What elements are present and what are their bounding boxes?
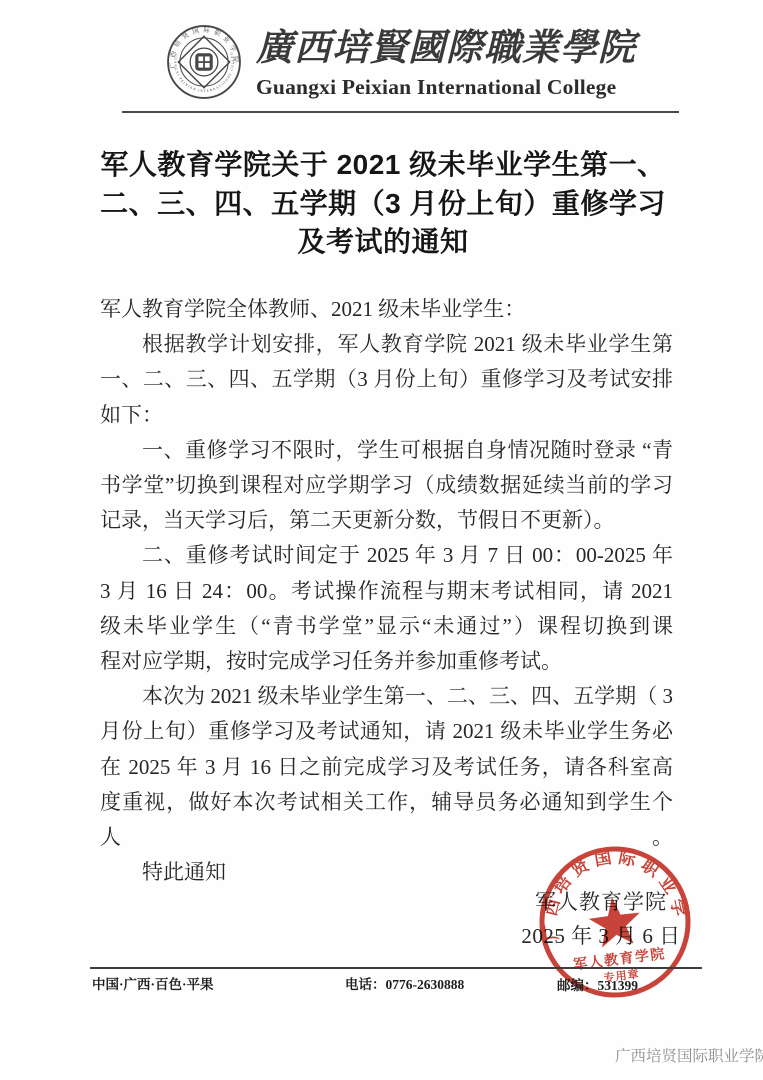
notice-title: 军人教育学院关于 2021 级未毕业学生第一、 二、三、四、五学期（3 月份上旬… xyxy=(70,146,696,262)
college-name-block: 廣西培賢國際職業學院 Guangxi Peixian International… xyxy=(256,24,656,100)
seal-star-icon xyxy=(586,894,643,949)
college-name-en: Guangxi Peixian International College xyxy=(256,75,656,100)
notice-body: 军人教育学院全体教师、2021 级未毕业学生： 根据教学计划安排，军人教育学院 … xyxy=(100,292,673,890)
body-line: 程对应学期，按时完成学习任务并参加重修考试。 xyxy=(100,644,673,679)
notice-title-line: 军人教育学院关于 2021 级未毕业学生第一、 xyxy=(70,146,696,185)
page-watermark: 广西培贤国际职业学院 xyxy=(615,1044,763,1066)
scanned-notice-page: 广西培贤国际职业学院 GUANGXI PEIXIAN INTERNATIONAL… xyxy=(0,0,763,1080)
notice-title-line: 二、三、四、五学期（3 月份上旬）重修学习 xyxy=(70,185,696,224)
body-line: 根据教学计划安排，军人教育学院 2021 级未毕业学生第 xyxy=(100,327,673,362)
footer-divider xyxy=(90,967,702,969)
notice-title-line: 及考试的通知 xyxy=(70,223,696,262)
seal-org-text: 军人教育学院 xyxy=(572,945,666,973)
body-line: 月份上旬）重修学习及考试通知，请 2021 级未毕业学生务必 xyxy=(100,714,673,749)
body-line: 一、二、三、四、五学期（3 月份上旬）重修学习及考试安排 xyxy=(100,362,673,397)
header-divider xyxy=(122,111,679,113)
salutation-line: 军人教育学院全体教师、2021 级未毕业学生： xyxy=(100,292,673,327)
college-logo-icon: 广西培贤国际职业学院 GUANGXI PEIXIAN INTERNATIONAL… xyxy=(166,24,242,100)
body-line: 级未毕业学生（“青书学堂”显示“未通过”）课程切换到课 xyxy=(100,609,673,644)
body-line: 在 2025 年 3 月 16 日之前完成学习及考试任务，请各科室高 xyxy=(100,750,673,785)
body-line: 3 月 16 日 24：00。考试操作流程与期末考试相同，请 2021 xyxy=(100,574,673,609)
footer-postcode: 邮编：531399 xyxy=(557,974,638,994)
body-line: 如下： xyxy=(100,398,673,433)
body-line: 二、重修考试时间定于 2025 年 3 月 7 日 00：00-2025 年 xyxy=(100,538,673,573)
body-line: 一、重修学习不限时，学生可根据自身情况随时登录 “青 xyxy=(100,433,673,468)
body-line: 书学堂”切换到课程对应学期学习（成绩数据延续当前的学习 xyxy=(100,468,673,503)
footer-address: 中国·广西·百色·平果 xyxy=(92,973,214,993)
college-name-zh: 廣西培賢國際職業學院 xyxy=(256,24,656,74)
body-line: 本次为 2021 级未毕业学生第一、二、三、四、五学期（ 3 xyxy=(100,679,673,714)
footer-phone: 电话：0776-2630888 xyxy=(345,973,464,993)
body-line: 记录，当天学习后，第二天更新分数，节假日不更新）。 xyxy=(100,503,673,538)
